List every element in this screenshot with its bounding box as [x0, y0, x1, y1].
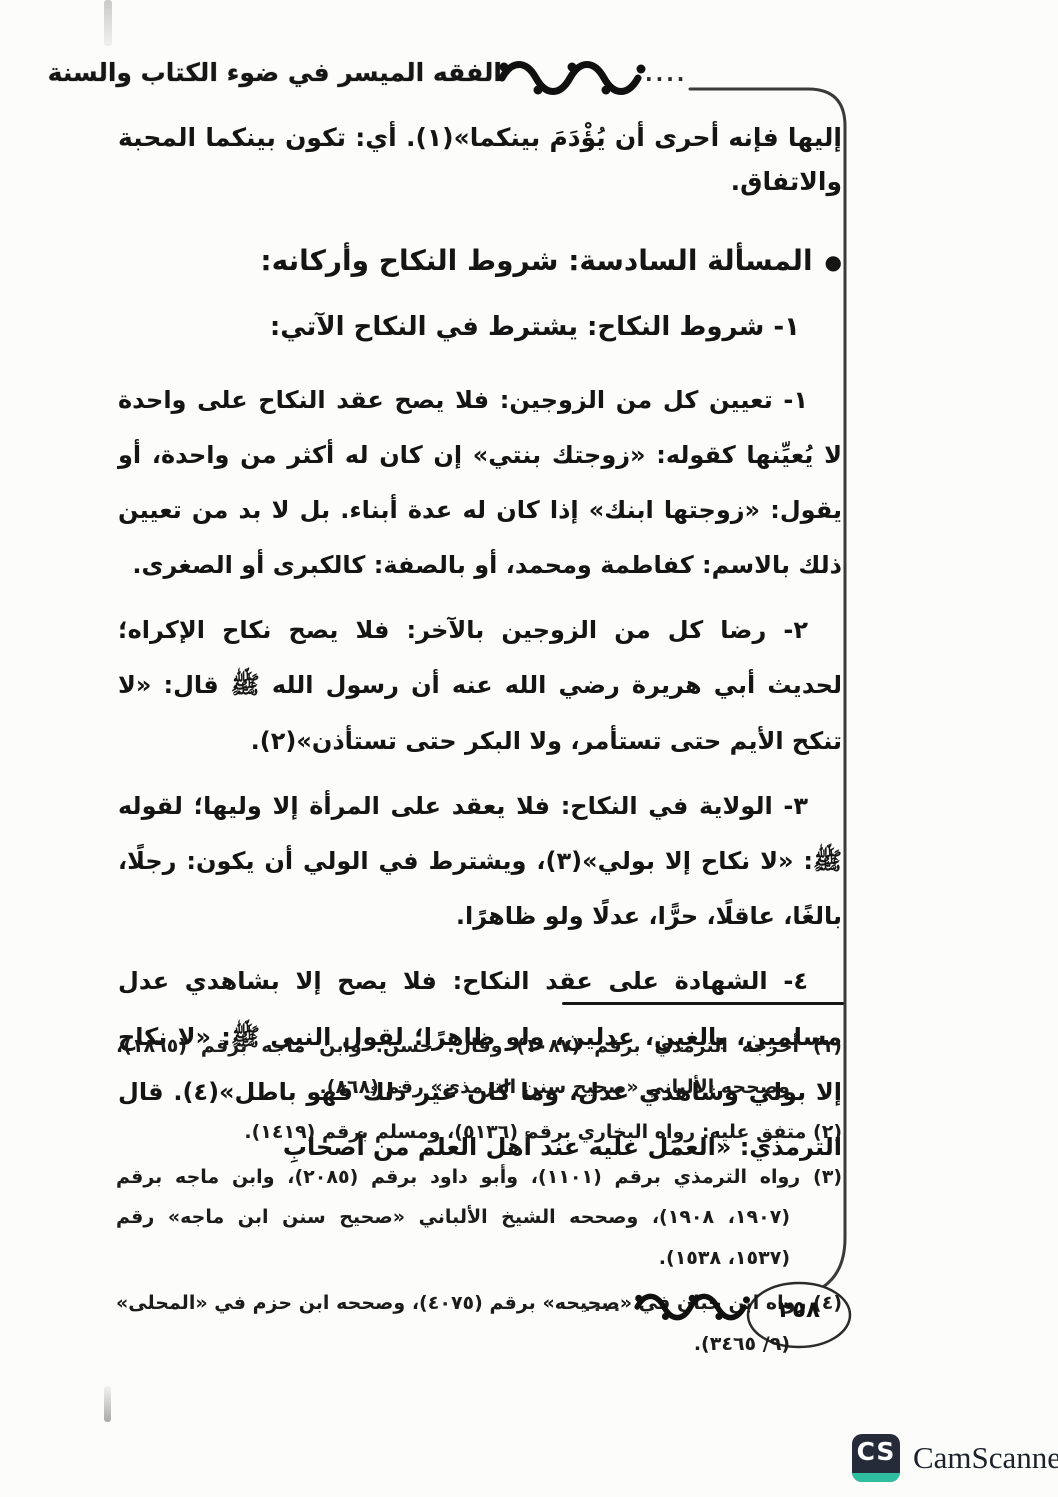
bullet-icon: ● [825, 250, 842, 274]
scan-artifact [104, 1386, 111, 1422]
scanned-book-page: الفقه الميسر في ضوء الكتاب والسنة .... إ… [0, 0, 1058, 1497]
subsection-heading: ١- شروط النكاح: يشترط في النكاح الآتي: [118, 308, 842, 347]
camscanner-label: CamScanner [913, 1440, 1058, 1476]
camscanner-logo-icon: CS [852, 1434, 900, 1482]
body-intro-line: إليها فإنه أحرى أن يُؤْدَمَ بينكما»(١). … [118, 116, 842, 204]
footnote-1: (١) أخرجه الترمذي برقم (١٠٨٧) وقال: حسن.… [116, 1026, 842, 1108]
paragraph-3: ٣- الولاية في النكاح: فلا يعقد على المرأ… [118, 779, 842, 945]
scan-artifact [104, 0, 112, 46]
section-heading: ●المسألة السادسة: شروط النكاح وأركانه: [118, 240, 842, 282]
header-ornament-icon [498, 56, 648, 100]
camscanner-initials: CS [852, 1437, 900, 1466]
footnote-separator [562, 1002, 844, 1005]
book-title: الفقه الميسر في ضوء الكتاب والسنة [112, 58, 502, 87]
paragraph-1: ١- تعيين كل من الزوجين: فلا يصح عقد النك… [118, 373, 842, 594]
footer-dots: .... [584, 1295, 623, 1316]
section-heading-text: المسألة السادسة: شروط النكاح وأركانه: [260, 244, 812, 277]
camscanner-logo-bar [852, 1473, 900, 1482]
paragraph-2: ٢- رضا كل من الزوجين بالآخر: فلا يصح نكا… [118, 603, 842, 769]
header-dots: .... [645, 62, 687, 86]
footnote-3: (٣) رواه الترمذي برقم (١١٠١)، وأبو داود … [116, 1157, 842, 1280]
footer-ornament-icon [634, 1288, 752, 1326]
page-number: ٣٥٨ [749, 1297, 849, 1323]
page-content: إليها فإنه أحرى أن يُؤْدَمَ بينكما»(١). … [118, 116, 842, 1185]
footnote-2: (٢) متفق عليه: رواه البخاري برقم (٥١٣٦)،… [116, 1112, 842, 1153]
camscanner-watermark: CS CamScanner [852, 1434, 1058, 1482]
